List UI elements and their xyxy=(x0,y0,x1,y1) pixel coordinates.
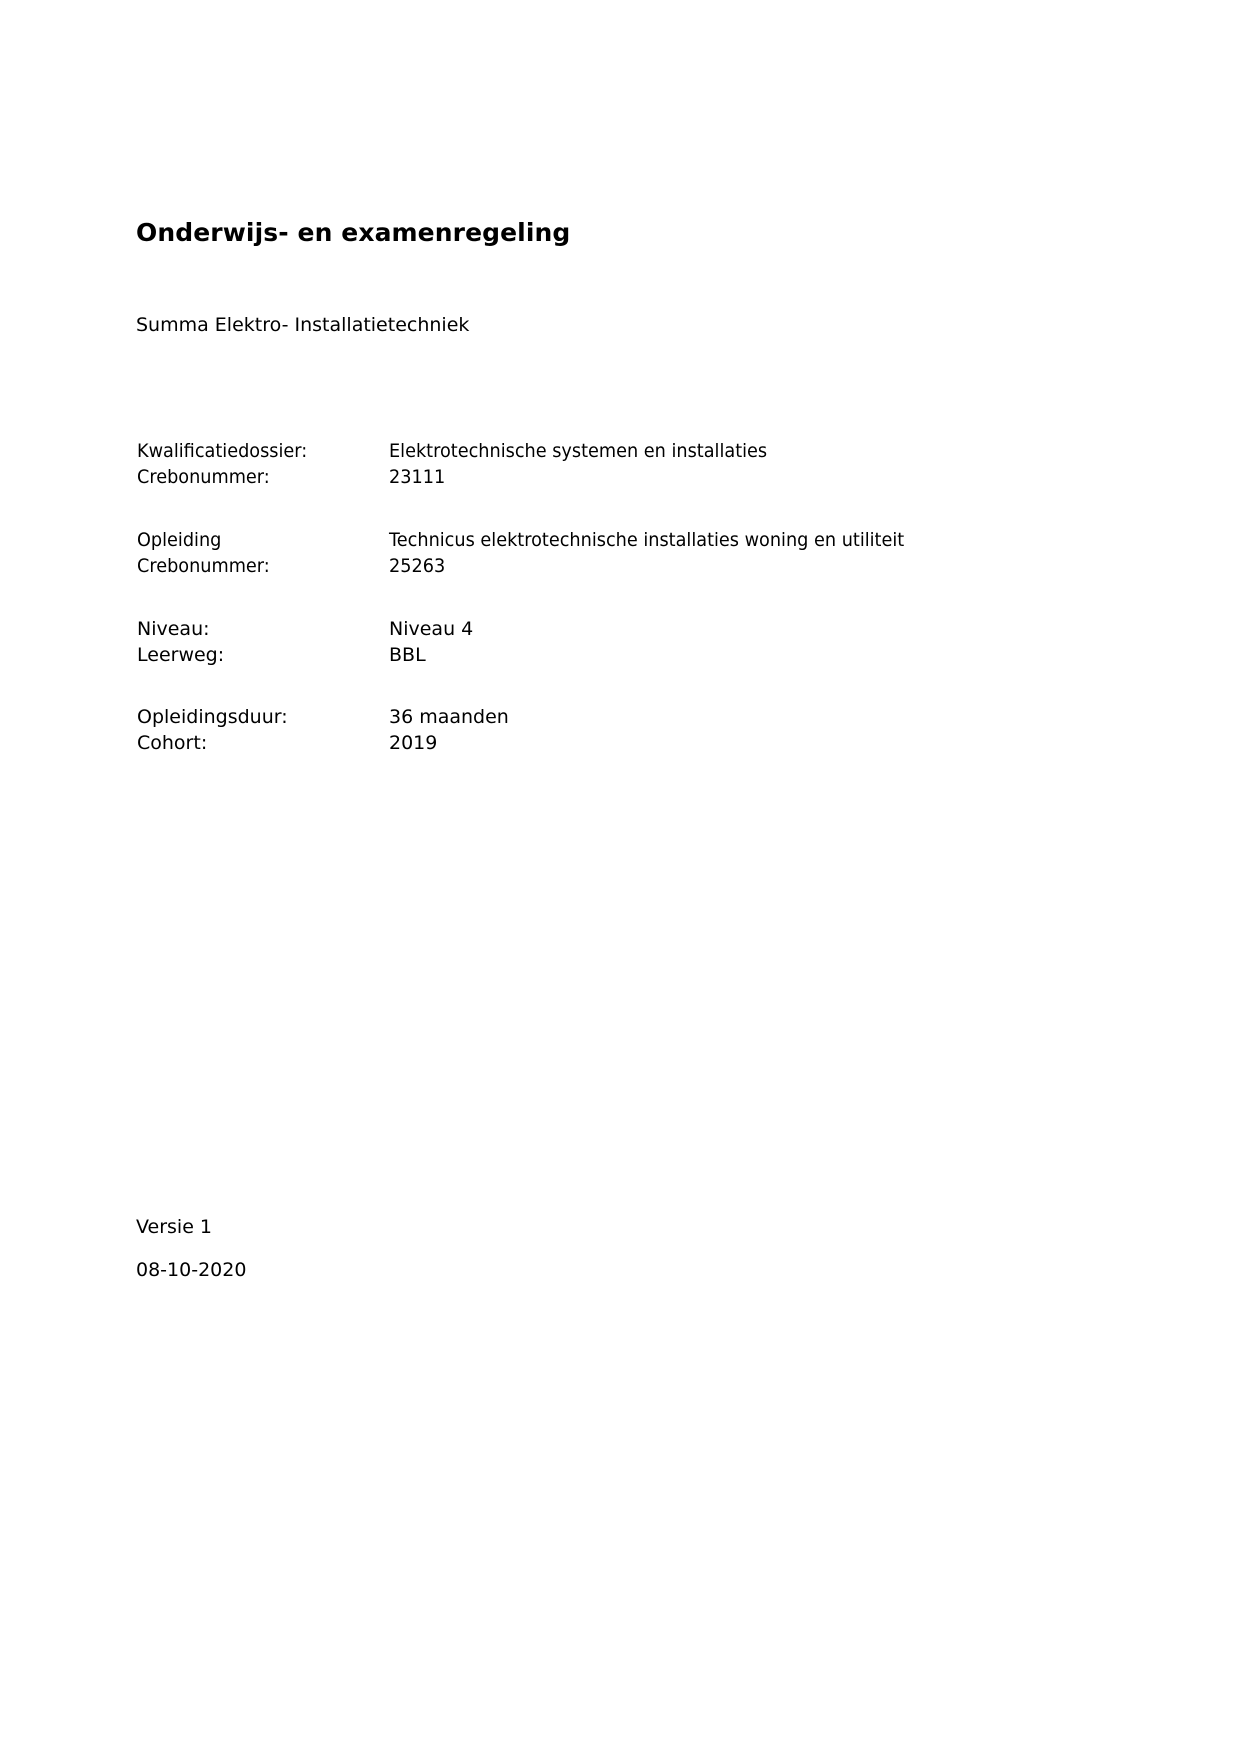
info-label: Kwalificatiedossier: xyxy=(137,438,371,464)
info-label: Crebonummer: xyxy=(137,464,371,490)
info-group-niveau: Niveau: Niveau 4 Leerweg: BBL xyxy=(137,616,473,668)
info-value: Niveau 4 xyxy=(389,616,473,642)
info-group-duur: Opleidingsduur: 36 maanden Cohort: 2019 xyxy=(137,704,509,756)
info-label: Opleidingsduur: xyxy=(137,704,389,730)
info-value: Technicus elektrotechnische installaties… xyxy=(389,527,904,553)
info-row-opleidingsduur: Opleidingsduur: 36 maanden xyxy=(137,704,509,730)
info-value: 36 maanden xyxy=(389,704,509,730)
info-label: Cohort: xyxy=(137,730,389,756)
info-label: Crebonummer: xyxy=(137,553,371,579)
document-version: Versie 1 xyxy=(136,1216,212,1238)
info-group-opleiding: Opleiding Technicus elektrotechnische in… xyxy=(137,527,943,579)
info-value: 25263 xyxy=(389,553,445,579)
info-row-crebonummer: Crebonummer: 25263 xyxy=(137,553,943,579)
info-label: Opleiding xyxy=(137,527,371,553)
info-row-cohort: Cohort: 2019 xyxy=(137,730,509,756)
info-label: Niveau: xyxy=(137,616,389,642)
info-row-leerweg: Leerweg: BBL xyxy=(137,642,473,668)
info-value: 23111 xyxy=(389,464,445,490)
info-value: Elektrotechnische systemen en installati… xyxy=(389,438,767,464)
document-title: Onderwijs- en examenregeling xyxy=(136,218,570,247)
info-label: Leerweg: xyxy=(137,642,389,668)
info-row-kwalificatiedossier: Kwalificatiedossier: Elektrotechnische s… xyxy=(137,438,796,464)
document-date: 08-10-2020 xyxy=(136,1259,246,1281)
info-row-niveau: Niveau: Niveau 4 xyxy=(137,616,473,642)
info-value: BBL xyxy=(389,642,426,668)
info-value: 2019 xyxy=(389,730,437,756)
info-row-opleiding: Opleiding Technicus elektrotechnische in… xyxy=(137,527,943,553)
info-group-qualification: Kwalificatiedossier: Elektrotechnische s… xyxy=(137,438,796,490)
document-subtitle: Summa Elektro- Installatietechniek xyxy=(136,314,469,336)
info-row-crebonummer: Crebonummer: 23111 xyxy=(137,464,796,490)
